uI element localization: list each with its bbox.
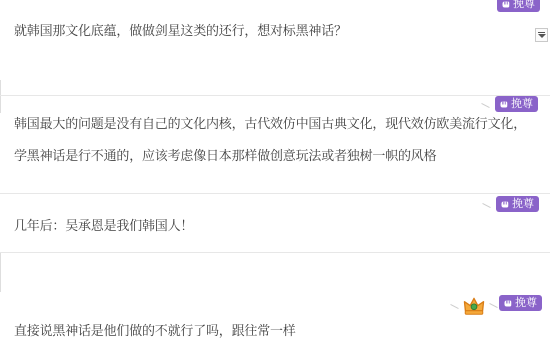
- wanzun-badge-label: 挽尊: [515, 295, 537, 311]
- fist-icon: [503, 299, 512, 308]
- post-box-left-edge: [0, 253, 1, 292]
- post-content-text: 几年后：吴承恩是我们韩国人！: [14, 210, 538, 242]
- badge-bubble-tail: [482, 203, 490, 208]
- caret-down-icon: [538, 32, 545, 33]
- wanzun-badge[interactable]: 挽尊: [499, 295, 542, 311]
- badge-bubble-tail: [450, 304, 458, 309]
- thread-reply-list: 挽尊 就韩国那文化底蕴，做做剑星这类的还行，想对标黑神话？ 挽尊 韩国最大的问题…: [0, 0, 550, 364]
- fist-icon: [500, 200, 509, 209]
- post-content-text: 直接说黑神话是他们做的不就行了吗，跟往常一样: [14, 315, 538, 347]
- post-divider: [0, 95, 550, 96]
- fist-icon: [501, 0, 510, 9]
- badge-bubble-tail: [489, 303, 497, 308]
- post-options-dropdown[interactable]: [535, 28, 548, 42]
- post-box-left-edge: [0, 80, 1, 113]
- wanzun-badge[interactable]: 挽尊: [497, 0, 540, 12]
- wanzun-badge-label: 挽尊: [513, 0, 535, 12]
- post-divider: [0, 193, 550, 194]
- post-content-text: 韩国最大的问题是没有自己的文化内核，古代效仿中国古典文化，现代效仿欧美流行文化，…: [14, 108, 538, 172]
- post-content-text: 就韩国那文化底蕴，做做剑星这类的还行，想对标黑神话？: [14, 15, 538, 47]
- post-divider: [0, 252, 550, 253]
- crown-icon: [462, 296, 486, 317]
